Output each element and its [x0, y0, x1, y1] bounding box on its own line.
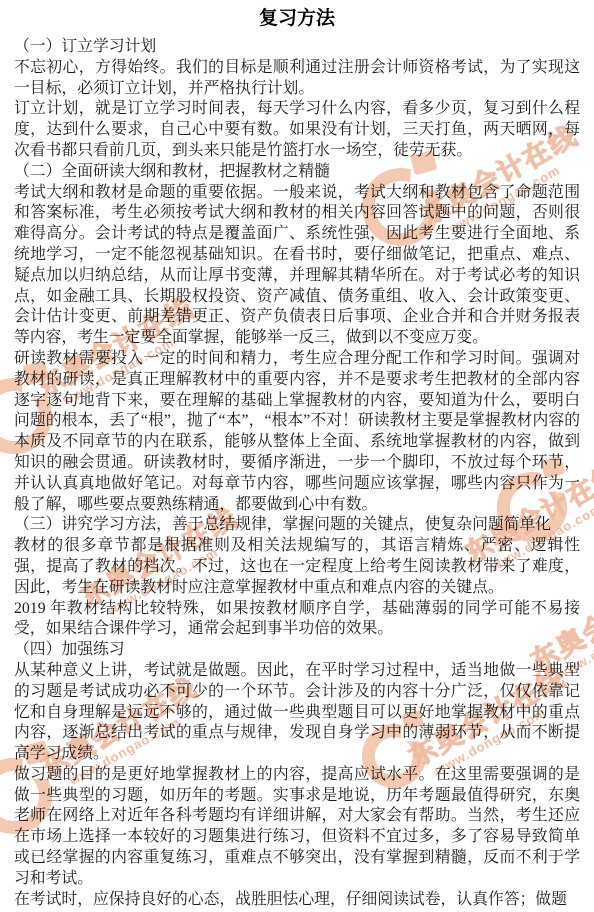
paragraph: 研读教材需要投入一定的时间和精力，考生应合理分配工作和学习时间。强调对教材的研读…	[14, 349, 580, 515]
section-heading: （三）讲究学习方法，善于总结规律，掌握问题的关键点，使复杂问题简单化	[14, 515, 580, 536]
paragraph: 订立计划，就是订立学习时间表，每天学习什么内容，看多少页，复习到什么程度，达到什…	[14, 99, 580, 161]
paragraph: 不忘初心，方得始终。我们的目标是顺利通过注册会计师资格考试，为了实现这一目标，必…	[14, 58, 580, 100]
section-heading: （四）加强练习	[14, 640, 580, 661]
section-heading: （二）全面研读大纲和教材，把握教材之精髓	[14, 162, 580, 183]
page-title: 复习方法	[14, 8, 580, 30]
paragraph: 2019 年教材结构比较特殊，如果按教材顺序自学，基础薄弱的同学可能不易接受，如…	[14, 599, 580, 641]
paragraph: 从某种意义上讲，考试就是做题。因此，在平时学习过程中，适当地做一些典型的习题是考…	[14, 661, 580, 765]
paragraph: 教材的很多章节都是根据准则及相关法规编写的，其语言精炼、严密、逻辑性强，提高了教…	[14, 536, 580, 598]
document-content: 复习方法 （一）订立学习计划不忘初心，方得始终。我们的目标是顺利通过注册会计师资…	[0, 0, 594, 910]
paragraph: 考试大纲和教材是命题的重要依据。一般来说，考试大纲和教材包含了命题范围和答案标准…	[14, 183, 580, 349]
section-heading: （一）订立学习计划	[14, 37, 580, 58]
document-page: 复习方法 （一）订立学习计划不忘初心，方得始终。我们的目标是顺利通过注册会计师资…	[0, 0, 594, 912]
document-body: （一）订立学习计划不忘初心，方得始终。我们的目标是顺利通过注册会计师资格考试，为…	[14, 37, 580, 910]
paragraph: 在考试时，应保持良好的心态，战胜胆怯心理，仔细阅读试卷，认真作答；做题	[14, 890, 580, 911]
paragraph: 做习题的目的是更好地掌握教材上的内容，提高应试水平。在这里需要强调的是做一些典型…	[14, 765, 580, 890]
